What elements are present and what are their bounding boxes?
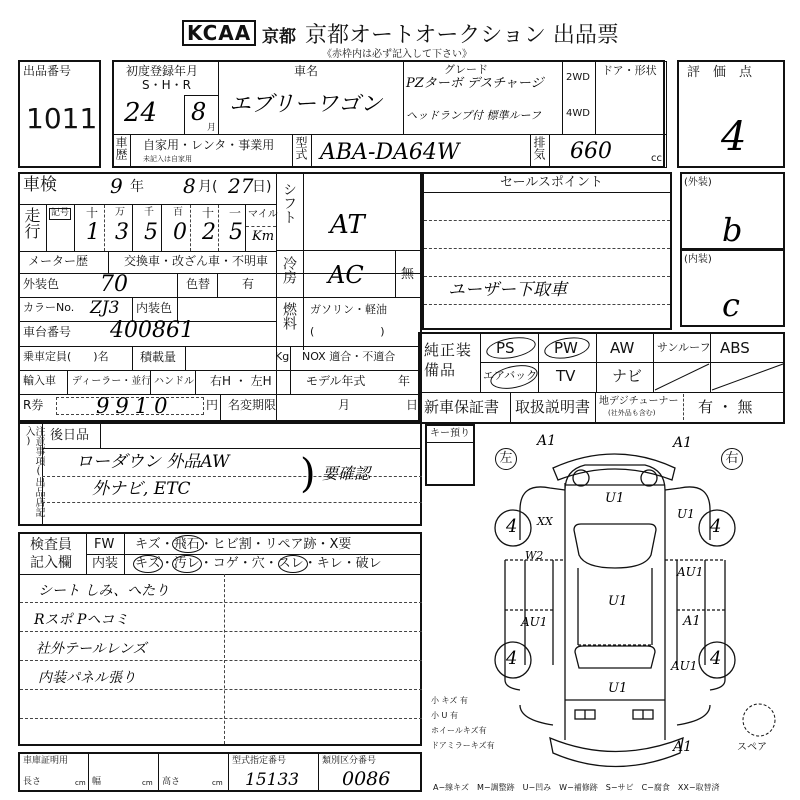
handle-label: ハンドル	[154, 376, 194, 387]
shaken-month-unit: 月(	[198, 180, 217, 195]
mark-right-front-door: AU1	[677, 566, 703, 578]
chassis-no: 400861	[110, 320, 194, 342]
divider	[132, 205, 133, 251]
lot-label: 出品番号	[23, 65, 71, 78]
meter-history-label: メーター歴	[28, 255, 88, 268]
interior-grade-label: (内装)	[684, 254, 712, 265]
divider	[20, 718, 422, 719]
digit-label: 千	[144, 207, 154, 218]
yen-unit: 円	[206, 399, 218, 412]
displacement-unit: cc	[651, 153, 662, 164]
inspector-comment: シート しみ、へたり	[38, 584, 169, 598]
legend-small-scratch: 小 キズ 有	[431, 697, 468, 706]
divider	[20, 394, 422, 395]
divider	[100, 424, 101, 448]
divider	[424, 304, 670, 305]
color-change-label: 色替	[186, 278, 210, 291]
handle-options: 右H ・ 左H	[210, 375, 272, 388]
mileage-label: 走行	[23, 207, 39, 239]
color-no: ZJ3	[90, 300, 119, 317]
history-label: 車歴	[115, 136, 127, 160]
color-change-value: 有	[242, 278, 254, 291]
lot-number: 1011	[26, 102, 97, 135]
shaken-day-unit: 日)	[252, 180, 271, 195]
circle-mark	[485, 334, 538, 362]
digit-label: 十	[86, 207, 98, 220]
displacement-label-cell: 排気	[530, 134, 550, 168]
mark-left-rear-door: AU1	[521, 616, 547, 628]
legend-mirror-scratch: ドアミラーキズ有	[431, 742, 495, 751]
type-no: 15133	[245, 772, 299, 789]
divider	[20, 346, 422, 347]
cert-box: 車庫証明用 長さ cm 幅 cm 高さ cm 型式指定番号 15133 類別区分…	[18, 752, 422, 792]
equipment-label: 純正装備品	[424, 340, 474, 381]
name-change-month: 月	[338, 399, 350, 412]
sales-points-box: セールスポイント ユーザー下取車	[422, 172, 672, 330]
divider	[150, 370, 151, 394]
divider	[420, 392, 785, 393]
exterior-grade-box: (外装) b	[680, 172, 785, 250]
divider	[86, 554, 422, 555]
fuel-label: 燃料	[282, 302, 296, 330]
era-label: S・H・R	[142, 79, 191, 92]
divider	[20, 204, 276, 205]
divider	[424, 276, 670, 277]
manual-label: 取扱説明書	[515, 399, 590, 416]
mark-right-rear-quarter: AU1	[671, 660, 697, 672]
damage-diagram: 左 右	[425, 420, 800, 800]
usage-options: 自家用・レンタ・事業用	[143, 139, 274, 152]
divider	[246, 226, 276, 227]
aircon-value: AC	[328, 263, 364, 287]
aircon-none: 無	[401, 268, 414, 282]
inspector-comment: 社外テールレンズ	[36, 642, 147, 656]
aircon-label: 冷房	[282, 256, 296, 284]
tuner-note: (社外品も含む)	[608, 410, 655, 418]
divider	[276, 297, 424, 298]
mileage-digit: 3	[115, 222, 129, 244]
circle-mark	[278, 555, 308, 573]
first-reg-cell: 初度登録年月 S・H・R 24 8 月	[113, 61, 219, 135]
height-label: 高さ	[162, 778, 180, 788]
divider	[42, 502, 422, 503]
usage-note: 未記入は自家用	[143, 156, 192, 164]
shaken-month: 8	[183, 176, 196, 196]
divider	[46, 204, 47, 252]
divider	[177, 273, 178, 297]
divider	[104, 205, 105, 251]
sales-points-title: セールスポイント	[500, 176, 603, 190]
equipment-abs: ABS	[720, 340, 750, 357]
equipment-sunroof: サンルーフ	[657, 342, 711, 354]
model-cell: ABA-DA64W	[311, 134, 531, 168]
inspector-label1: 検査員	[30, 538, 72, 553]
legend-codes: A−線キズ M−調整跡 U−凹み W−補修跡 S−サビ C−腐食 XX−取替済	[433, 784, 720, 793]
equipment-box: 純正装備品 PS PW AW サンルーフ ABS エアバック TV ナビ 新車保…	[418, 332, 785, 424]
divider	[74, 204, 75, 252]
mark-back-door: U1	[608, 682, 627, 695]
divider	[20, 631, 422, 632]
inspector-label2: 記入欄	[30, 556, 72, 571]
bracket: )	[300, 454, 316, 494]
divider	[161, 205, 162, 251]
model-label: 型式	[295, 136, 307, 160]
exterior-color: 70	[100, 274, 128, 296]
mileage-digit: 5	[229, 222, 243, 244]
length-unit: cm	[75, 780, 86, 788]
import-options: ディーラー・並行	[72, 376, 151, 387]
door-cell: ドア・形状	[595, 61, 667, 135]
car-name: エブリーワゴン	[229, 94, 382, 116]
shaken-day: 27	[228, 176, 253, 196]
import-label: 輸入車	[23, 375, 56, 387]
divider	[538, 334, 539, 392]
logo: KCAA	[182, 20, 256, 46]
drive-2wd: 2WD	[566, 72, 590, 83]
exterior-grade: b	[722, 214, 742, 246]
door-label: ドア・形状	[602, 65, 657, 77]
first-reg-year: 24	[124, 100, 157, 126]
mileage-symbol-label: 記号	[49, 208, 71, 220]
tire-rear-right: 4	[710, 650, 721, 668]
divider	[480, 334, 481, 392]
divider	[218, 205, 219, 251]
grade-label: グレード	[444, 64, 488, 76]
divider	[108, 251, 109, 273]
fw-label: FW	[94, 538, 114, 552]
divider	[158, 754, 159, 790]
history-label-cell: 車歴	[113, 134, 131, 168]
chassis-label: 車台番号	[23, 326, 71, 339]
model-label-cell: 型式	[292, 134, 312, 168]
inspection-box: 車検 9 年 8 月( 27 日) シフト AT 走行 記号 十 万 千 百 十…	[18, 172, 422, 422]
legend-small-dent: 小 U 有	[431, 712, 458, 721]
divider	[42, 424, 43, 524]
car-name-cell: 車名 エブリーワゴン	[218, 61, 404, 135]
note-side: 要確認	[322, 466, 370, 482]
mileage-digit: 0	[173, 222, 187, 244]
circle-mark	[543, 334, 592, 362]
mark-hood: U1	[605, 492, 624, 505]
shift-value: AT	[330, 212, 365, 238]
shaken-year: 9	[110, 176, 123, 196]
width-label: 幅	[92, 778, 101, 788]
divider	[217, 273, 218, 297]
fw-options: キズ・飛石・ヒビ割・リペア跡・X要	[135, 538, 351, 552]
mark-left-front-door: W2	[525, 550, 543, 561]
later-label: 後日品	[50, 429, 89, 443]
usage-cell: 自家用・レンタ・事業用 未記入は自家用	[130, 134, 293, 168]
r-ticket-label: R券	[23, 399, 43, 412]
form-note: 《赤枠内は必ず記入して下さい》	[322, 45, 472, 60]
interior-color-label: 内装色	[136, 302, 172, 315]
unit-mile: マイル	[248, 209, 278, 220]
tire-front-left: 4	[506, 518, 517, 536]
divider	[20, 251, 276, 252]
divider	[20, 660, 422, 661]
equipment-navi: ナビ	[612, 368, 642, 385]
tire-rear-left: 4	[506, 650, 517, 668]
divider	[395, 250, 396, 298]
divider	[67, 370, 68, 394]
score-label: 評 価 点	[687, 66, 752, 80]
mark-right-rear-door: A1	[683, 615, 701, 628]
divider	[424, 248, 670, 249]
first-reg-label: 初度登録年月	[126, 65, 198, 78]
displacement-cell: 660 cc	[549, 134, 667, 168]
mark-right-front-fender: U1	[677, 508, 695, 520]
fuel-other: ( )	[310, 326, 385, 338]
tuner-label: 地デジチューナー	[599, 396, 679, 407]
divider	[245, 205, 246, 251]
divider	[276, 250, 424, 251]
equipment-tv: TV	[556, 368, 575, 385]
interior-grade-box: (内装) c	[680, 249, 785, 327]
width-unit: cm	[142, 780, 153, 788]
circle-mark	[488, 361, 540, 392]
divider	[185, 346, 186, 370]
shaken-label: 車検	[23, 176, 57, 195]
model-year-label: モデル年式	[306, 375, 365, 388]
shift-label: シフト	[282, 182, 296, 224]
divider	[595, 392, 596, 422]
tire-front-right: 4	[710, 518, 721, 536]
cert-label: 車庫証明用	[23, 757, 68, 767]
digit-label: 十	[202, 207, 214, 220]
name-change-label: 名変期限	[228, 399, 276, 412]
capacity-label: 乗車定員( )名	[23, 351, 109, 363]
sales-point-line: ユーザー下取車	[448, 282, 567, 299]
digit-label: 万	[115, 207, 125, 218]
circle-mark	[172, 555, 202, 573]
mileage-digit: 5	[144, 222, 158, 244]
shaken-year-unit: 年	[130, 180, 144, 195]
mark-front-bumper-right: A1	[673, 436, 692, 450]
car-name-label: 車名	[294, 65, 318, 78]
type-no-label: 型式指定番号	[232, 757, 286, 767]
divider	[88, 754, 89, 790]
divider	[424, 220, 670, 221]
divider	[510, 392, 511, 422]
grade-line1: PZターボ デスチャージ	[406, 77, 543, 90]
meter-history-options: 交換車・改ざん車・不明車	[124, 255, 268, 268]
name-change-day: 日	[406, 399, 418, 412]
mark-roof: U1	[608, 595, 627, 608]
divider	[220, 394, 221, 420]
logo-city: 京都	[262, 22, 296, 47]
divider	[20, 370, 422, 371]
divider	[303, 174, 304, 350]
legend-wheel-scratch: ホイールキズ有	[431, 727, 487, 736]
grade-line2: ヘッドランプ付 標準ルーフ	[406, 110, 541, 121]
divider	[42, 448, 422, 449]
exterior-color-label: 外装色	[23, 278, 59, 291]
divider	[195, 370, 196, 394]
r-ticket-value: 9910	[96, 396, 173, 417]
class-no: 0086	[342, 770, 390, 789]
interior-grade: c	[722, 289, 740, 321]
exterior-grade-label: (外装)	[684, 177, 712, 188]
length-label: 長さ	[23, 778, 41, 788]
mark-front-bumper-left: A1	[537, 434, 556, 448]
mark-rear-bumper: A1	[673, 740, 692, 754]
model-code: ABA-DA64W	[320, 142, 460, 164]
digit-label: 一	[229, 207, 241, 220]
divider	[20, 689, 422, 690]
color-no-label: カラーNo.	[23, 302, 74, 314]
height-unit: cm	[212, 780, 223, 788]
vehicle-info-box: 初度登録年月 S・H・R 24 8 月 車名 エブリーワゴン グレード PZター…	[112, 60, 665, 168]
tuner-options: 有 ・ 無	[698, 399, 753, 416]
digit-label: 百	[173, 207, 183, 218]
notes-vertical-label: 注意事項(出品店記入)	[23, 426, 43, 524]
slash-marks	[653, 362, 785, 392]
first-reg-month-cell: 8 月	[184, 95, 219, 135]
unit-km: Km	[252, 230, 274, 243]
divider	[190, 205, 191, 251]
warranty-label: 新車保証書	[424, 399, 499, 416]
displacement-label: 排気	[533, 136, 545, 160]
divider	[596, 334, 597, 392]
divider	[20, 574, 422, 575]
mileage-digit: 1	[86, 222, 100, 244]
inspector-box: 検査員 記入欄 FW 内装 キズ・飛石・ヒビ割・リペア跡・X要 キズ・汚レ・コゲ…	[18, 532, 422, 746]
month-unit: 月	[207, 120, 216, 133]
load-label: 積載量	[140, 351, 176, 364]
divider	[683, 394, 684, 420]
drive-4wd: 4WD	[566, 108, 590, 119]
note-line1: ローダウン 外品AW	[76, 454, 229, 471]
load-unit: Kg	[275, 351, 289, 363]
divider	[20, 602, 422, 603]
mileage-digit: 2	[202, 222, 216, 244]
inspector-interior-label: 内装	[92, 557, 118, 571]
fuel-options: ガソリン・軽油	[310, 304, 387, 316]
score-value: 4	[721, 117, 746, 157]
spare-label: スペア	[737, 742, 767, 753]
class-no-label: 類別区分番号	[322, 757, 376, 767]
lot-box: 出品番号 1011	[18, 60, 101, 168]
divider	[132, 346, 133, 370]
first-reg-month: 8	[191, 100, 206, 124]
nox-label: NOX 適合・不適合	[302, 351, 395, 363]
note-line2: 外ナビ, ETC	[92, 481, 191, 498]
divider	[228, 754, 229, 790]
notes-box: 注意事項(出品店記入) 後日品 ローダウン 外品AW 外ナビ, ETC ) 要確…	[18, 422, 422, 526]
mark-left-front-fender: XX	[537, 516, 553, 527]
header: KCAA 京都 京都オートオークション 出品票 《赤枠内は必ず記入して下さい》	[180, 18, 640, 58]
displacement-value: 660	[570, 141, 612, 163]
equipment-aw: AW	[610, 340, 634, 357]
divider	[318, 754, 319, 790]
inspector-comment: Rスポ Pヘコミ	[34, 613, 128, 627]
model-year-unit: 年	[398, 375, 410, 388]
drive-cell: 2WD 4WD	[562, 61, 596, 135]
grade-cell: グレード PZターボ デスチャージ ヘッドランプ付 標準ルーフ	[403, 61, 563, 135]
inspector-comment: 内装パネル張り	[38, 671, 136, 685]
divider	[424, 192, 670, 193]
circle-mark	[133, 555, 163, 573]
score-box: 評 価 点 4	[677, 60, 785, 168]
circle-mark	[172, 535, 204, 553]
